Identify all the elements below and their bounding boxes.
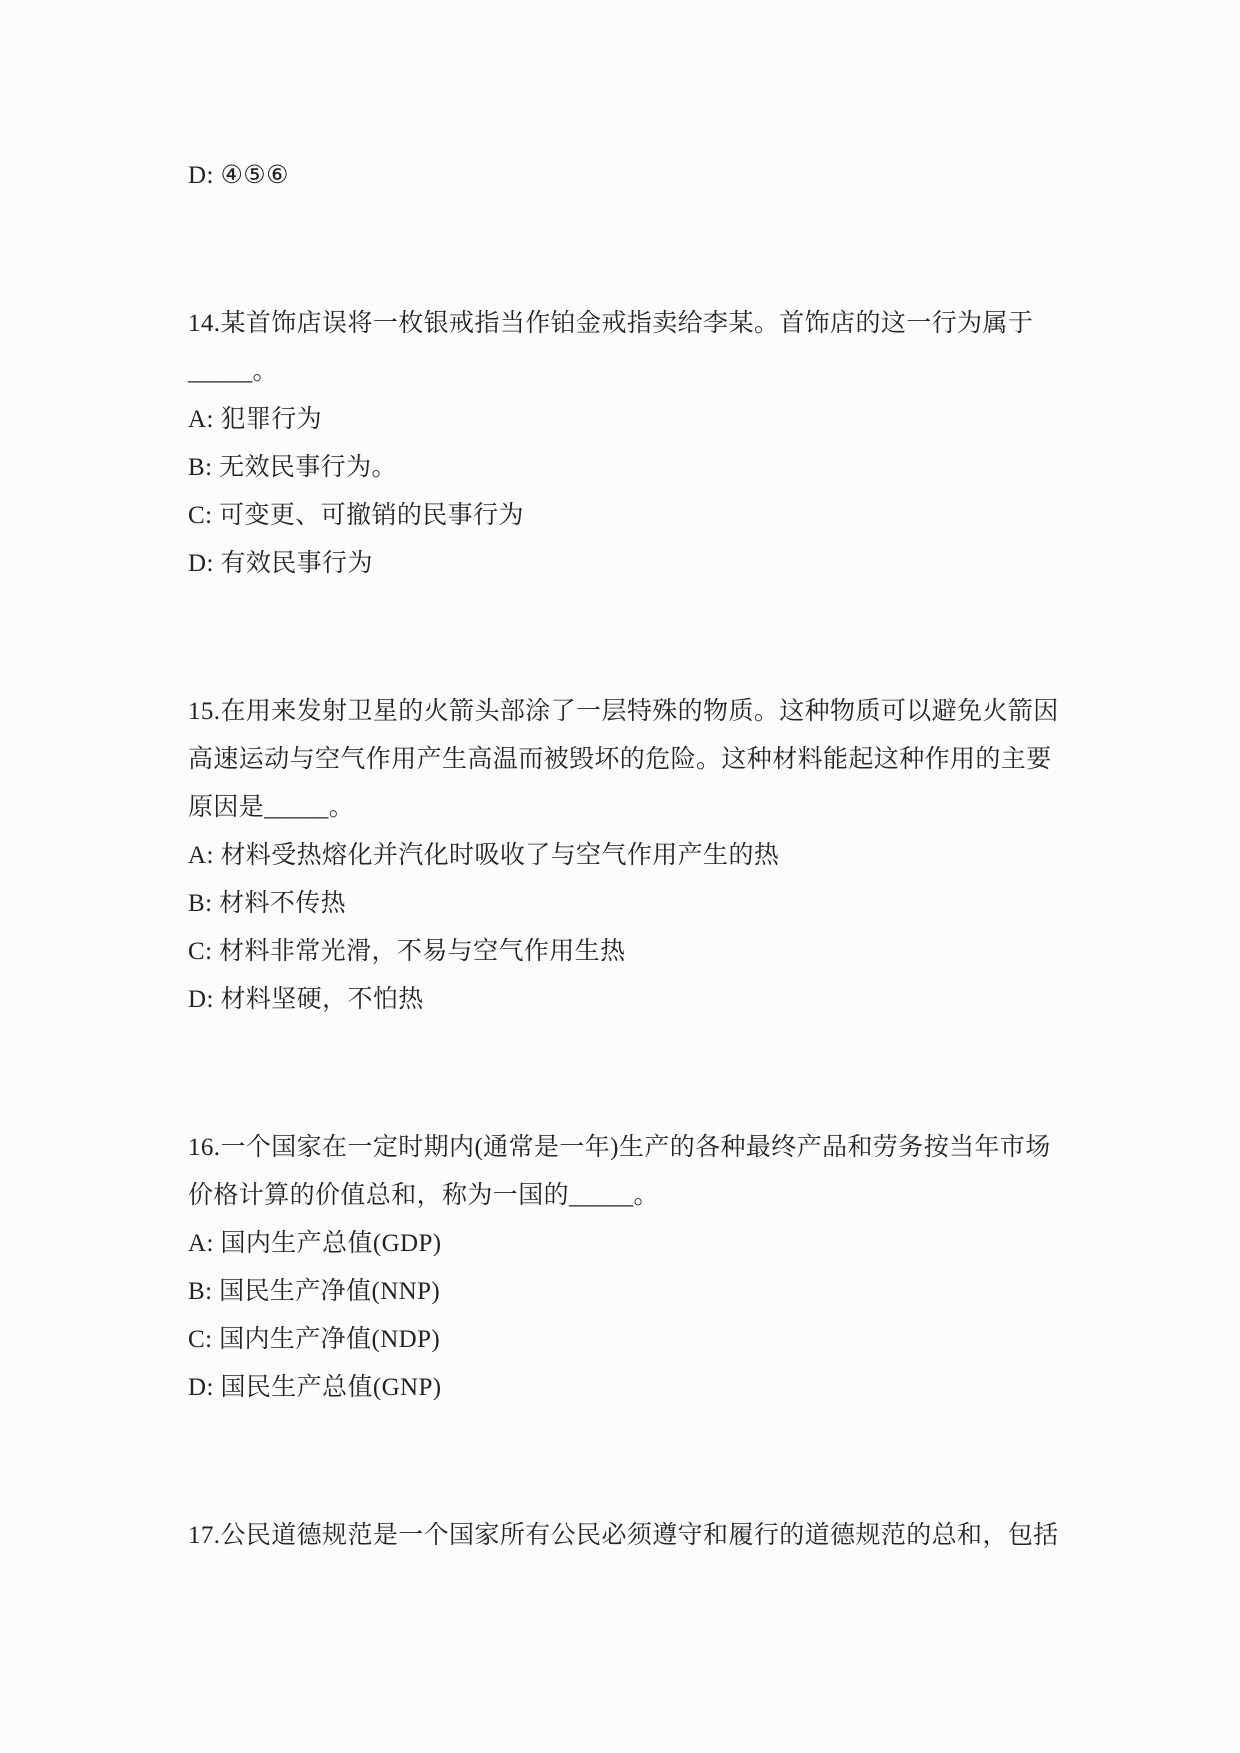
question-14-option-c: C: 可变更、可撤销的民事行为 <box>188 492 1053 540</box>
question-14-option-d: D: 有效民事行为 <box>188 540 1053 588</box>
question-16-stem-line-2: 价格计算的价值总和，称为一国的_____。 <box>188 1172 1053 1220</box>
question-15-stem-line-1: 15.在用来发射卫星的火箭头部涂了一层特殊的物质。这种物质可以避免火箭因 <box>188 688 1053 736</box>
question-17: 17.公民道德规范是一个国家所有公民必须遵守和履行的道德规范的总和，包括 <box>188 1512 1053 1560</box>
question-13-options-tail: D: ④⑤⑥ <box>188 152 1053 200</box>
question-14-stem-line-2: _____。 <box>188 348 1053 396</box>
question-15-option-d: D: 材料坚硬，不怕热 <box>188 976 1053 1024</box>
question-14-stem-line-1: 14.某首饰店误将一枚银戒指当作铂金戒指卖给李某。首饰店的这一行为属于 <box>188 300 1053 348</box>
question-15-option-c: C: 材料非常光滑，不易与空气作用生热 <box>188 928 1053 976</box>
question-15-stem-line-2: 高速运动与空气作用产生高温而被毁坏的危险。这种材料能起这种作用的主要 <box>188 736 1053 784</box>
question-16-option-c: C: 国内生产净值(NDP) <box>188 1316 1053 1364</box>
exam-page: D: ④⑤⑥ 14.某首饰店误将一枚银戒指当作铂金戒指卖给李某。首饰店的这一行为… <box>0 0 1240 1753</box>
question-17-stem-line-1: 17.公民道德规范是一个国家所有公民必须遵守和履行的道德规范的总和，包括 <box>188 1512 1053 1560</box>
question-16-option-d: D: 国民生产总值(GNP) <box>188 1364 1053 1412</box>
question-16-stem-line-1: 16.一个国家在一定时期内(通常是一年)生产的各种最终产品和劳务按当年市场 <box>188 1124 1053 1172</box>
question-16: 16.一个国家在一定时期内(通常是一年)生产的各种最终产品和劳务按当年市场 价格… <box>188 1124 1053 1412</box>
question-15-stem-line-3: 原因是_____。 <box>188 784 1053 832</box>
question-14-option-a: A: 犯罪行为 <box>188 396 1053 444</box>
question-16-option-b: B: 国民生产净值(NNP) <box>188 1268 1053 1316</box>
question-14-option-b: B: 无效民事行为。 <box>188 444 1053 492</box>
question-14: 14.某首饰店误将一枚银戒指当作铂金戒指卖给李某。首饰店的这一行为属于 ____… <box>188 300 1053 588</box>
question-15: 15.在用来发射卫星的火箭头部涂了一层特殊的物质。这种物质可以避免火箭因 高速运… <box>188 688 1053 1024</box>
question-13-option-d: D: ④⑤⑥ <box>188 152 1053 200</box>
question-15-option-b: B: 材料不传热 <box>188 880 1053 928</box>
question-16-option-a: A: 国内生产总值(GDP) <box>188 1220 1053 1268</box>
question-15-option-a: A: 材料受热熔化并汽化时吸收了与空气作用产生的热 <box>188 832 1053 880</box>
